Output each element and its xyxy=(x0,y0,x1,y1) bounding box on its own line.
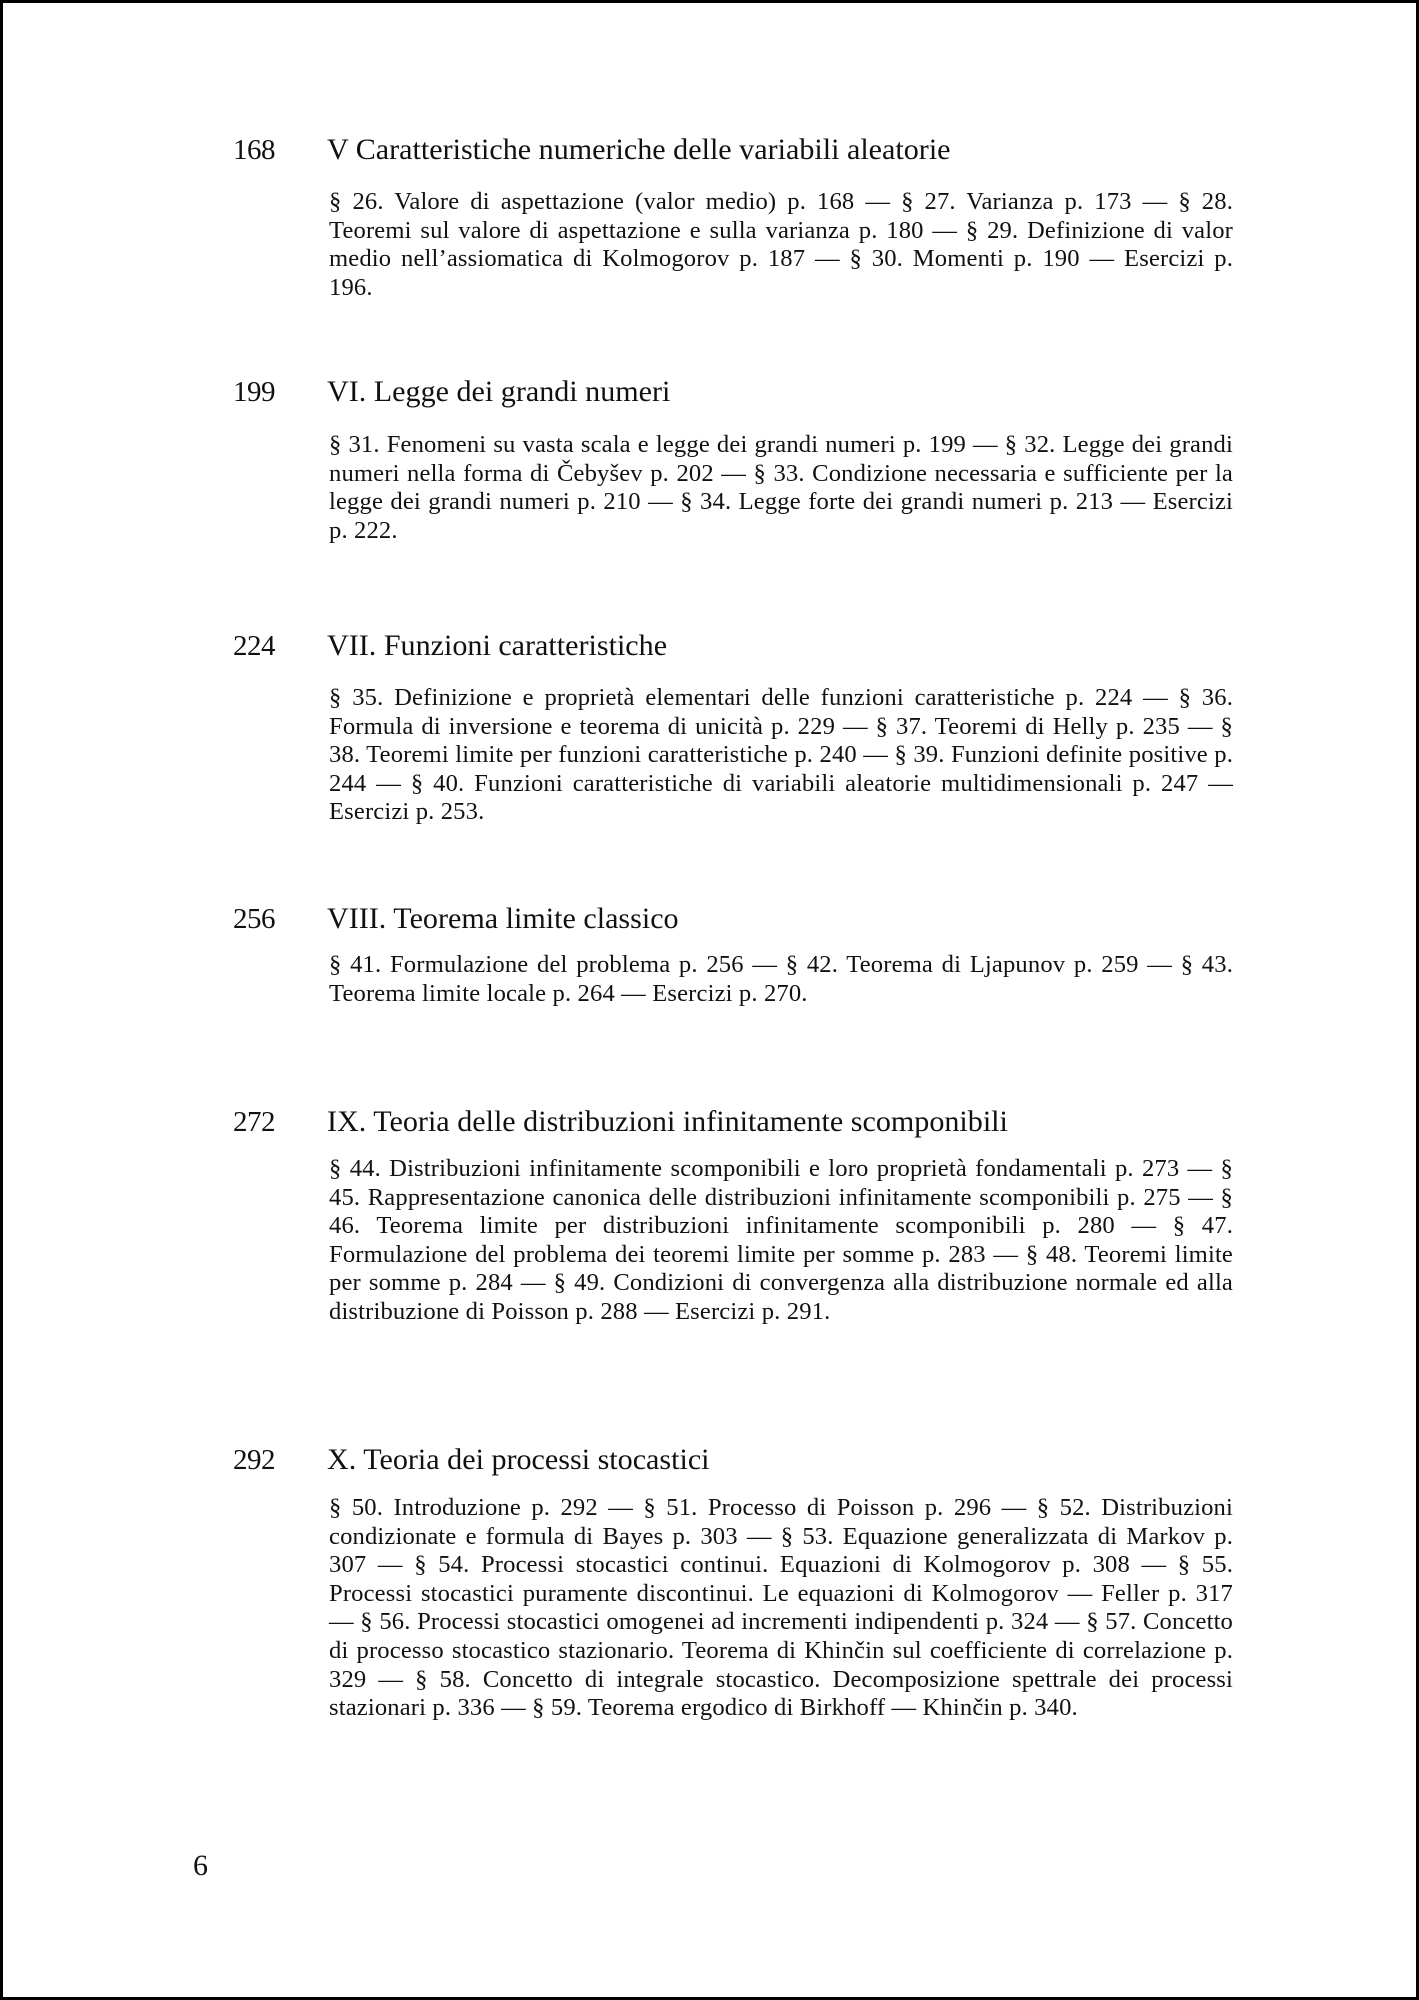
toc-entry-chapter-10: 292 X. Teoria dei processi stocastici § … xyxy=(0,1440,1419,1480)
chapter-title: VII. Funzioni caratteristiche xyxy=(327,626,667,666)
chapter-sections: § 26. Valore di aspettazione (valor medi… xyxy=(329,188,1233,302)
toc-entry-chapter-5: 168 V Caratteristiche numeriche delle va… xyxy=(0,130,1419,170)
chapter-page-number: 199 xyxy=(233,372,293,412)
chapter-sections: § 35. Definizione e proprietà elementari… xyxy=(329,684,1233,827)
toc-entry-chapter-7: 224 VII. Funzioni caratteristiche § 35. … xyxy=(0,626,1419,666)
chapter-sections: § 50. Introduzione p. 292 — § 51. Proces… xyxy=(329,1494,1233,1723)
chapter-sections: § 41. Formulazione del problema p. 256 —… xyxy=(329,951,1233,1008)
page-number-footer: 6 xyxy=(193,1846,208,1886)
toc-entry-chapter-8: 256 VIII. Teorema limite classico § 41. … xyxy=(0,899,1419,939)
chapter-sections: § 44. Distribuzioni infinitamente scompo… xyxy=(329,1155,1233,1327)
chapter-page-number: 256 xyxy=(233,899,293,939)
chapter-title: VIII. Teorema limite classico xyxy=(327,899,679,939)
chapter-page-number: 224 xyxy=(233,626,293,666)
chapter-title: VI. Legge dei grandi numeri xyxy=(327,372,670,412)
chapter-sections: § 31. Fenomeni su vasta scala e legge de… xyxy=(329,431,1233,545)
chapter-title: X. Teoria dei processi stocastici xyxy=(327,1440,710,1480)
chapter-page-number: 292 xyxy=(233,1440,293,1480)
chapter-heading: 272 IX. Teoria delle distribuzioni infin… xyxy=(0,1102,1419,1142)
chapter-heading: 292 X. Teoria dei processi stocastici xyxy=(0,1440,1419,1480)
chapter-title: V Caratteristiche numeriche delle variab… xyxy=(327,130,951,170)
chapter-heading: 199 VI. Legge dei grandi numeri xyxy=(0,372,1419,412)
chapter-heading: 168 V Caratteristiche numeriche delle va… xyxy=(0,130,1419,170)
chapter-title: IX. Teoria delle distribuzioni infinitam… xyxy=(327,1102,1008,1142)
toc-entry-chapter-6: 199 VI. Legge dei grandi numeri § 31. Fe… xyxy=(0,372,1419,412)
chapter-heading: 224 VII. Funzioni caratteristiche xyxy=(0,626,1419,666)
chapter-heading: 256 VIII. Teorema limite classico xyxy=(0,899,1419,939)
chapter-page-number: 272 xyxy=(233,1102,293,1142)
toc-entry-chapter-9: 272 IX. Teoria delle distribuzioni infin… xyxy=(0,1102,1419,1142)
chapter-page-number: 168 xyxy=(233,130,293,170)
